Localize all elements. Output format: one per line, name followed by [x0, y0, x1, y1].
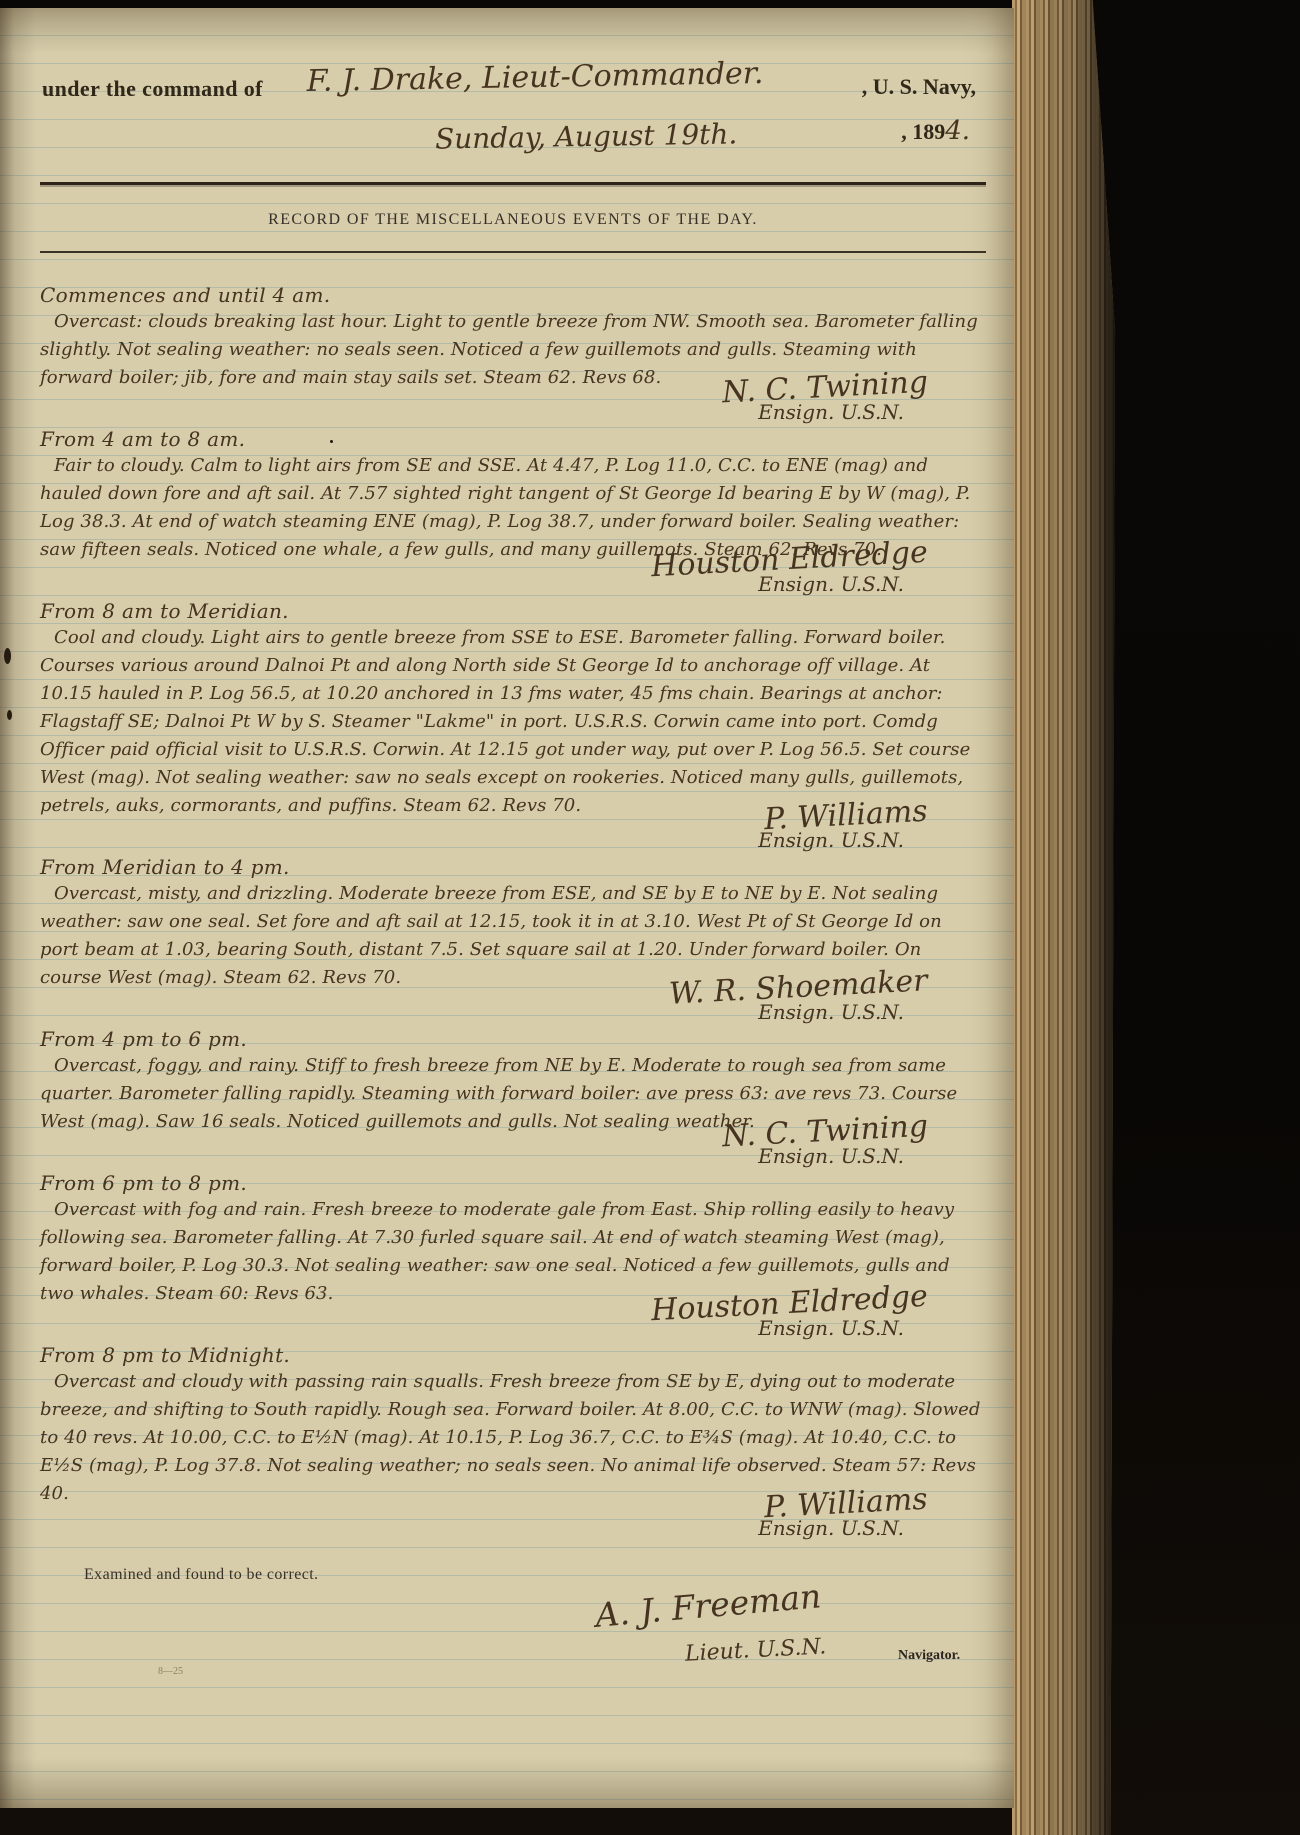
entry-8pm-to-midnight: From 8 pm to Midnight. Overcast and clou…	[40, 1343, 986, 1540]
entry-heading: From Meridian to 4 pm.	[40, 855, 986, 879]
navy-suffix-label: , U. S. Navy,	[862, 74, 976, 100]
entry-signature: N. C. Twining Ensign. U.S.N.	[40, 370, 986, 424]
navigator-signature-name: A. J. Freeman	[594, 1576, 823, 1635]
section-title: RECORD OF THE MISCELLANEOUS EVENTS OF TH…	[40, 211, 986, 229]
examined-label: Examined and found to be correct.	[84, 1566, 318, 1584]
entry-heading: Commences and until 4 am.	[40, 283, 986, 307]
entry-heading: From 4 pm to 6 pm.	[40, 1027, 986, 1051]
entry-6pm-to-8pm: From 6 pm to 8 pm. Overcast with fog and…	[40, 1171, 986, 1340]
commander-name-handwritten: F. J. Drake, Lieut-Commander.	[255, 55, 816, 100]
date-handwritten: Sunday, August 19th.	[435, 117, 738, 155]
year-prefix-label: , 189	[901, 119, 945, 144]
entry-4pm-to-6pm: From 4 pm to 6 pm. Overcast, foggy, and …	[40, 1027, 986, 1168]
entry-signature: W. R. Shoemaker Ensign. U.S.N.	[40, 970, 986, 1024]
logbook-scan: under the command of F. J. Drake, Lieut-…	[0, 0, 1300, 1835]
log-page: under the command of F. J. Drake, Lieut-…	[0, 8, 1014, 1808]
entry-signature: Houston Eldredge Ensign. U.S.N.	[40, 542, 986, 596]
page-header: under the command of F. J. Drake, Lieut-…	[40, 54, 986, 180]
entry-heading: From 8 pm to Midnight.	[40, 1343, 986, 1367]
divider-thin	[40, 251, 986, 253]
command-prefix-label: under the command of	[42, 76, 263, 102]
signature-name: P. Williams	[764, 794, 929, 838]
book-page-edges	[1012, 0, 1124, 1835]
entry-heading: From 8 am to Meridian.	[40, 599, 986, 623]
plate-number: 8—25	[158, 1666, 183, 1677]
entry-signature: Houston Eldredge Ensign. U.S.N.	[40, 1286, 986, 1340]
entry-signature: P. Williams Ensign. U.S.N.	[40, 1486, 986, 1540]
navigator-label: Navigator.	[898, 1648, 960, 1664]
year-field: , 1894.	[901, 116, 970, 146]
entry-meridian-to-4pm: From Meridian to 4 pm. Overcast, misty, …	[40, 855, 986, 1024]
page-content: under the command of F. J. Drake, Lieut-…	[0, 8, 1014, 1800]
divider-thick	[40, 182, 986, 185]
entry-body: Cool and cloudy. Light airs to gentle br…	[40, 624, 986, 820]
entry-signature: P. Williams Ensign. U.S.N.	[40, 798, 986, 852]
entry-4am-to-8am: From 4 am to 8 am. Fair to cloudy. Calm …	[40, 427, 986, 596]
entry-commences-to-4am: Commences and until 4 am. Overcast: clou…	[40, 283, 986, 424]
entry-heading: From 4 am to 8 am.	[40, 427, 986, 451]
navigator-signature-rank: Lieut. U.S.N.	[684, 1634, 826, 1666]
entry-heading: From 6 pm to 8 pm.	[40, 1171, 986, 1195]
year-digit-handwritten: 4.	[945, 116, 970, 146]
entry-8am-to-meridian: From 8 am to Meridian. Cool and cloudy. …	[40, 599, 986, 852]
entry-signature: N. C. Twining Ensign. U.S.N.	[40, 1114, 986, 1168]
page-footer: Examined and found to be correct. A. J. …	[40, 1550, 986, 1800]
signature-name: P. Williams	[764, 1482, 929, 1526]
